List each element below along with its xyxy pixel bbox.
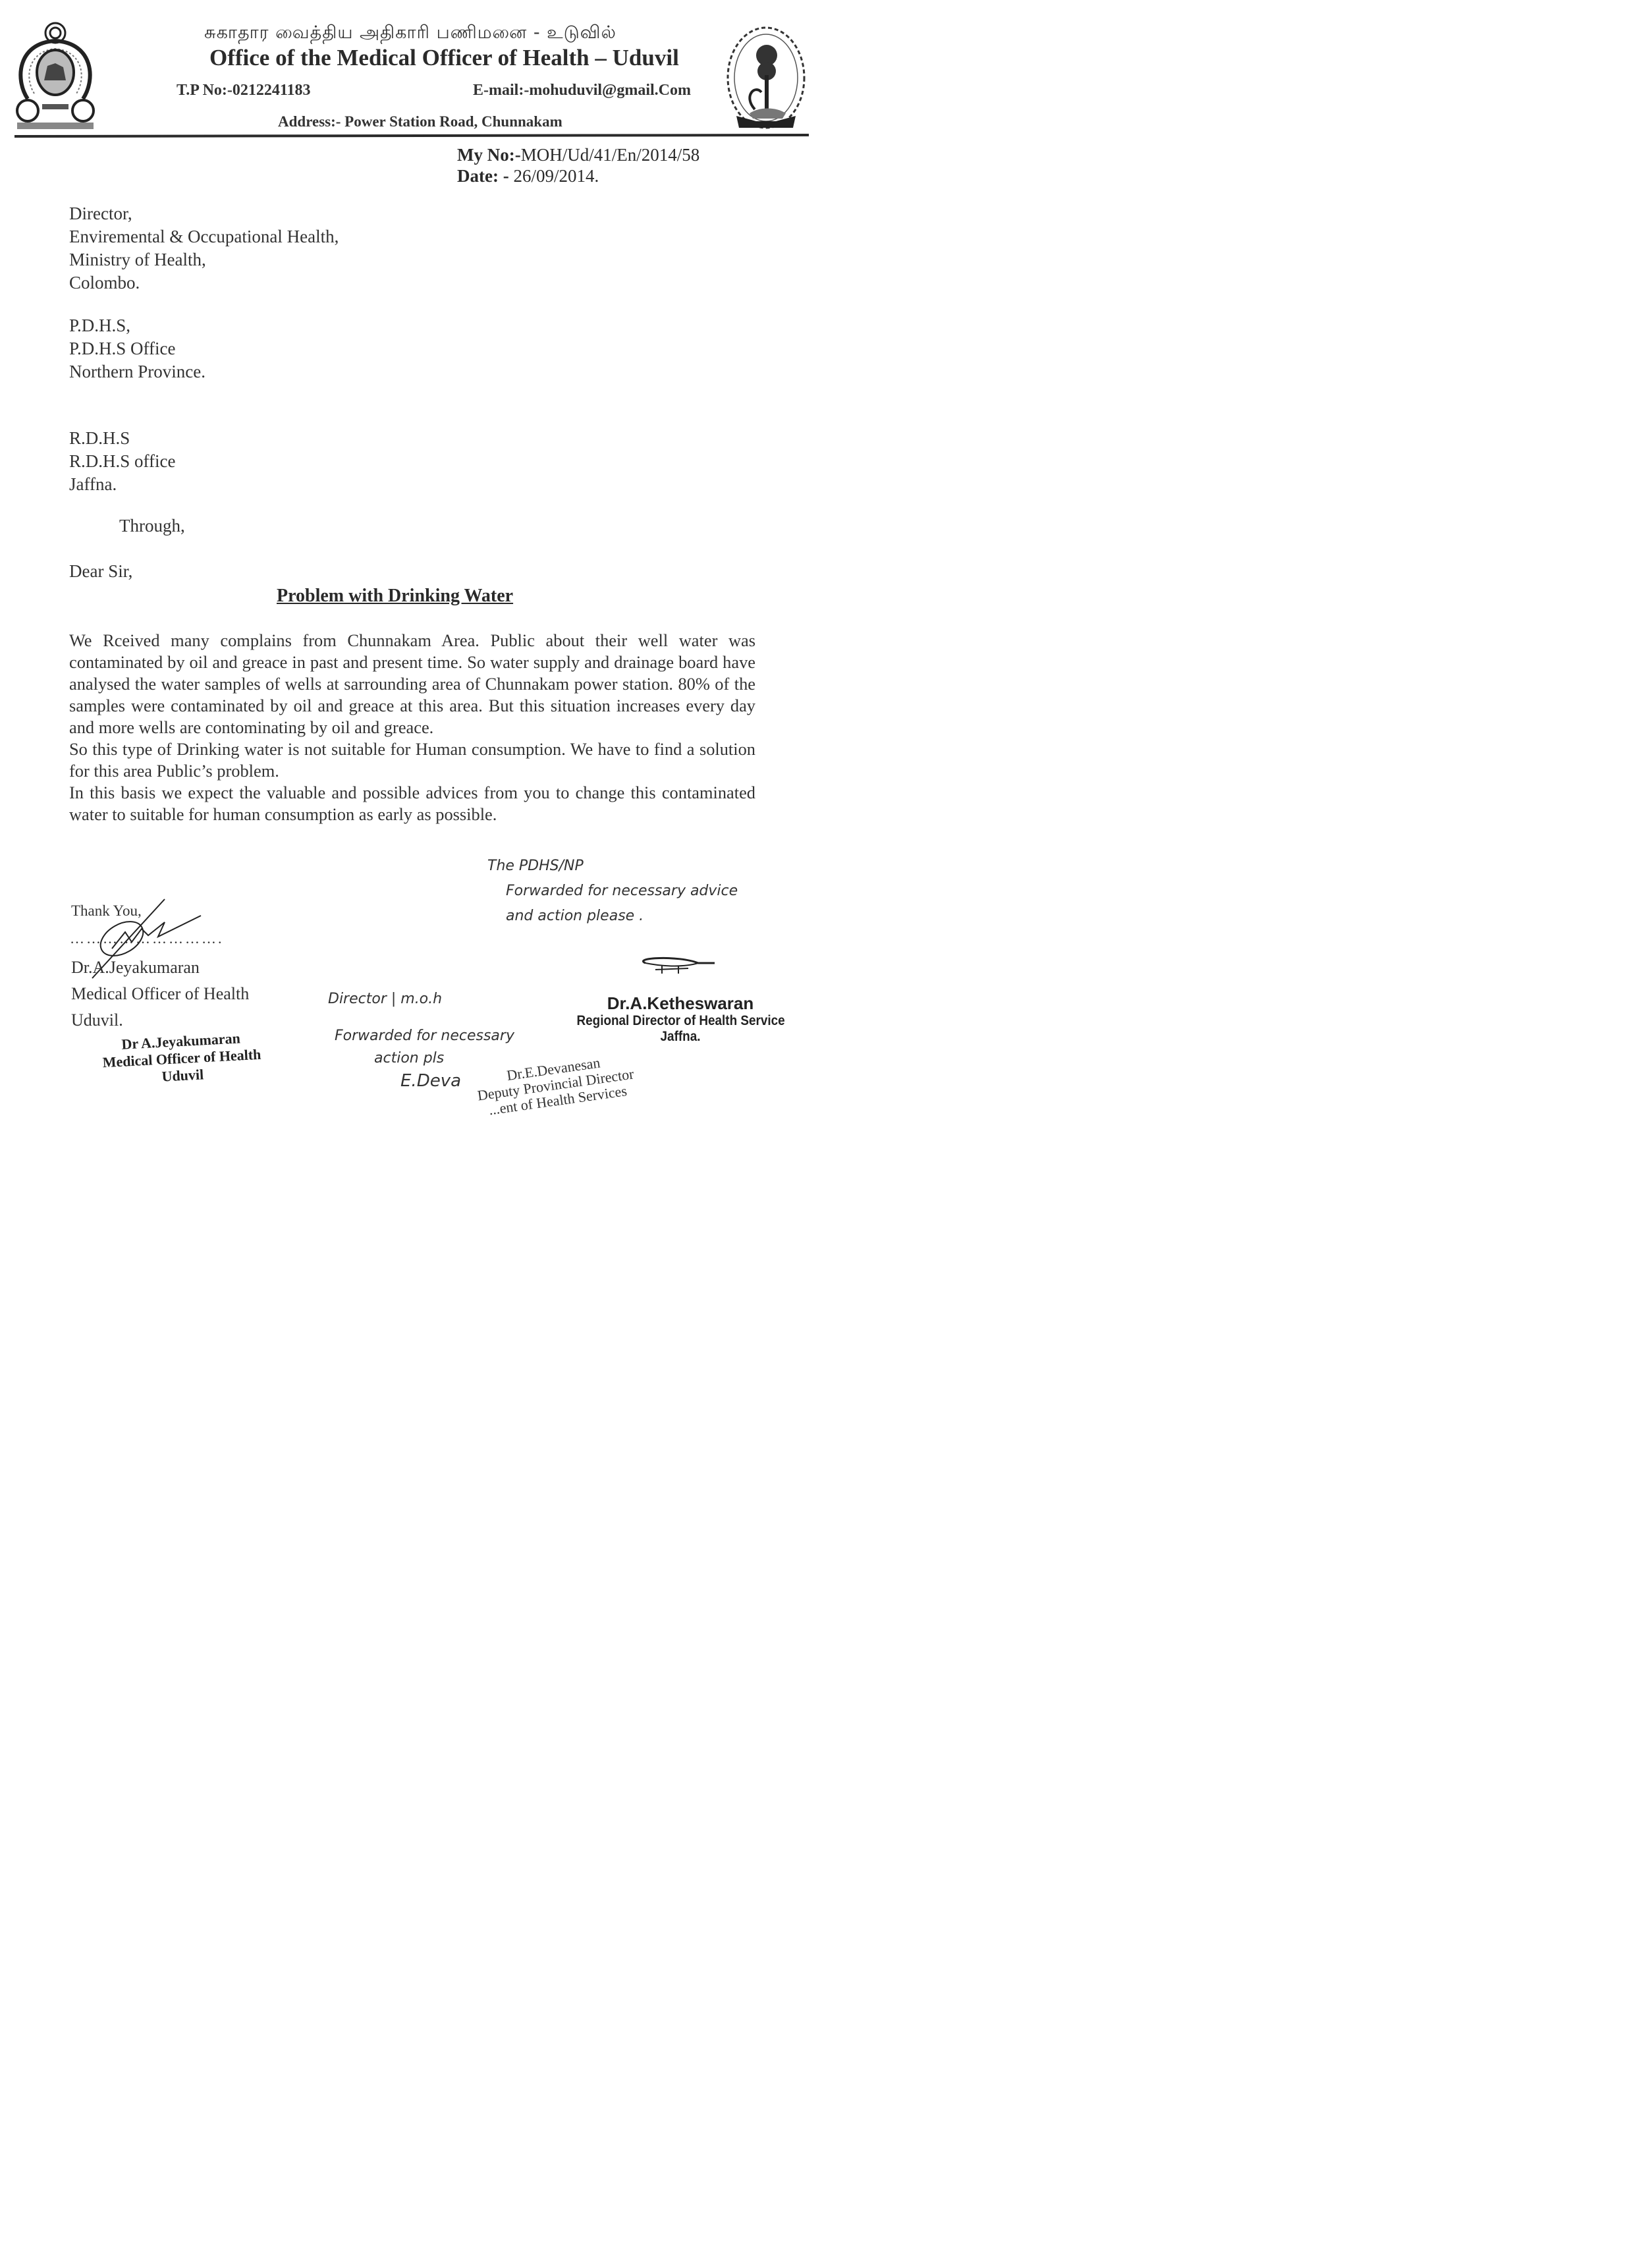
minute-line: Forwarded for necessary xyxy=(328,1025,514,1047)
stamp-line: Dr.A.Ketheswaran xyxy=(565,993,796,1013)
letter-body: We Rceived many complains from Chunnakam… xyxy=(69,630,755,825)
recipient-pdhs: P.D.H.S, P.D.H.S Office Northern Provinc… xyxy=(69,314,205,383)
reference-number-label: My No:- xyxy=(457,145,521,165)
recipient-rdhs: R.D.H.S R.D.H.S office Jaffna. xyxy=(69,427,176,496)
recipient-line: Enviremental & Occupational Health, xyxy=(69,225,339,248)
recipient-line: P.D.H.S, xyxy=(69,314,205,337)
tamil-office-title: சுகாதார வைத்திய அதிகாரி பணிமனை - உடுவில் xyxy=(204,22,616,45)
recipient-line: R.D.H.S xyxy=(69,427,176,450)
recipient-line: Colombo. xyxy=(69,271,339,294)
minute-line: and action please . xyxy=(487,904,738,929)
sri-lanka-emblem-icon xyxy=(14,20,96,130)
minute-line: Forwarded for necessary advice xyxy=(487,879,738,904)
subject-heading: Problem with Drinking Water xyxy=(277,586,513,607)
body-paragraph: So this type of Drinking water is not su… xyxy=(69,738,755,782)
signer-title: Medical Officer of Health xyxy=(71,984,249,1004)
body-paragraph: We Rceived many complains from Chunnakam… xyxy=(69,630,755,738)
recipient-line: Director, xyxy=(69,202,339,225)
header-divider xyxy=(14,134,809,138)
phone-number: T.P No:-0212241183 xyxy=(177,82,311,99)
date-value: 26/09/2014. xyxy=(513,166,599,186)
recipient-line: P.D.H.S Office xyxy=(69,337,205,360)
signature-line: ………………………. xyxy=(70,930,224,947)
stamp-line: Regional Director of Health Service xyxy=(577,1013,784,1029)
recipient-line: Jaffna. xyxy=(69,473,176,496)
through-line: Through, xyxy=(119,516,185,536)
rdhs-stamp: Dr.A.Ketheswaran Regional Director of He… xyxy=(565,993,796,1045)
minute-line: action pls xyxy=(328,1047,514,1070)
body-paragraph: In this basis we expect the valuable and… xyxy=(69,782,755,825)
recipient-line: Ministry of Health, xyxy=(69,248,339,271)
stamp-line: Jaffna. xyxy=(577,1029,784,1045)
northern-province-emblem-icon xyxy=(723,24,809,134)
salutation: Dear Sir, xyxy=(69,561,132,582)
recipient-director-eoh: Director, Enviremental & Occupational He… xyxy=(69,202,339,294)
signer-place: Uduvil. xyxy=(71,1010,123,1030)
office-title: Office of the Medical Officer of Health … xyxy=(209,45,679,71)
signer-name: Dr.A.Jeyakumaran xyxy=(71,958,200,978)
minute-line: The PDHS/NP xyxy=(487,854,738,879)
reference-number: My No:-MOH/Ud/41/En/2014/58 xyxy=(457,145,699,165)
minute-line: Director | m.o.h xyxy=(328,988,514,1010)
office-address: Address:- Power Station Road, Chunnakam xyxy=(278,113,562,130)
moh-stamp: Dr A.Jeyakumaran Medical Officer of Heal… xyxy=(76,1028,287,1090)
rdhs-signature-icon xyxy=(626,955,718,975)
letter-date: Date: - 26/09/2014. xyxy=(457,166,599,186)
recipient-line: R.D.H.S office xyxy=(69,450,176,473)
rdhs-handwritten-minute: The PDHS/NP Forwarded for necessary advi… xyxy=(487,854,738,929)
email-address: E-mail:-mohuduvil@gmail.Com xyxy=(473,82,691,99)
date-label: Date: - xyxy=(457,166,509,186)
recipient-line: Northern Province. xyxy=(69,360,205,383)
reference-number-value: MOH/Ud/41/En/2014/58 xyxy=(521,145,700,165)
